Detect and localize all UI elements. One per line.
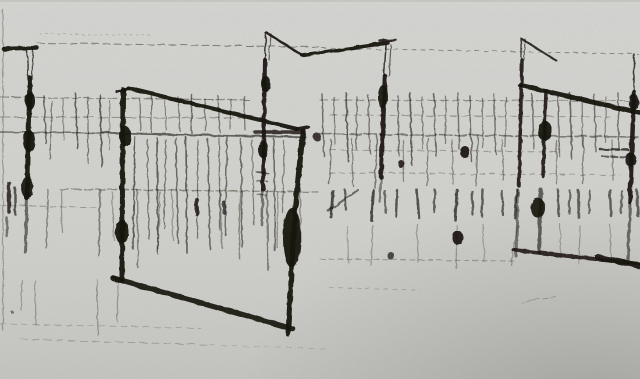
ink-hatch-stroke [239,192,240,258]
ink-stroke [122,90,123,280]
ink-hatch-stroke [578,190,579,218]
ink-hatch-stroke [610,190,611,216]
ink-blob [25,92,35,110]
ink-blob [629,94,639,110]
ink-stroke [380,40,396,41]
ink-blob [388,252,395,260]
ink-stroke [257,181,268,182]
ink-blob [453,231,464,245]
ink-hatch-stroke [396,190,397,216]
ink-stroke [602,156,626,157]
ink-blob [313,133,321,141]
ink-hatch-stroke [274,139,275,251]
ink-blob [538,121,552,141]
ink-stroke [258,195,267,196]
ink-stroke [27,50,28,78]
ink-blob [531,198,545,218]
ink-blob [119,126,131,146]
ink-blob [378,85,388,109]
ink-hatch-stroke [137,190,138,268]
ink-blob [626,153,637,167]
artwork-canvas [0,0,640,379]
ink-hatch-stroke [502,191,503,215]
ink-stroke [25,198,27,252]
ink-stroke [257,172,268,173]
ink-blob [116,220,129,244]
ink-blob [258,140,268,158]
artwork-photo [0,0,640,379]
ink-hatch-stroke [621,191,622,213]
ink-stroke [265,33,266,60]
ink-hatch-stroke [371,190,373,220]
ink-hatch-stroke [458,93,459,149]
ink-hatch-stroke [385,191,386,213]
ink-blob [398,160,404,168]
ink-stroke [380,177,381,202]
ink-hatch-stroke [157,138,158,252]
ink-hatch-stroke [472,191,473,215]
ink-hatch-stroke [637,190,638,216]
ink-blob [460,146,470,158]
ink-blob [23,130,35,152]
ink-hatch-stroke [618,93,619,149]
ink-hatch-stroke [434,190,435,212]
ink-hatch-stroke [241,139,242,247]
ink-stroke [628,202,630,263]
ink-hatch-stroke [589,191,590,213]
ink-blob [262,76,271,92]
ink-hatch-stroke [398,96,399,156]
ink-blob [11,311,14,314]
ink-blob [120,87,126,93]
ink-blob [21,176,33,198]
ink-hatch-stroke [569,191,570,213]
ink-hatch-stroke [345,190,346,210]
ink-blob [283,208,301,268]
ink-hatch-stroke [186,137,187,253]
ink-hatch-stroke [191,95,192,133]
ink-stroke [600,149,628,150]
ink-hatch-stroke [99,190,100,256]
ink-hatch-stroke [267,190,268,270]
ink-hatch-stroke [558,96,559,156]
ink-hatch-stroke [482,190,483,216]
ink-stroke [4,48,37,49]
ink-hatch-stroke [558,190,559,216]
ink-hatch-stroke [331,191,333,217]
